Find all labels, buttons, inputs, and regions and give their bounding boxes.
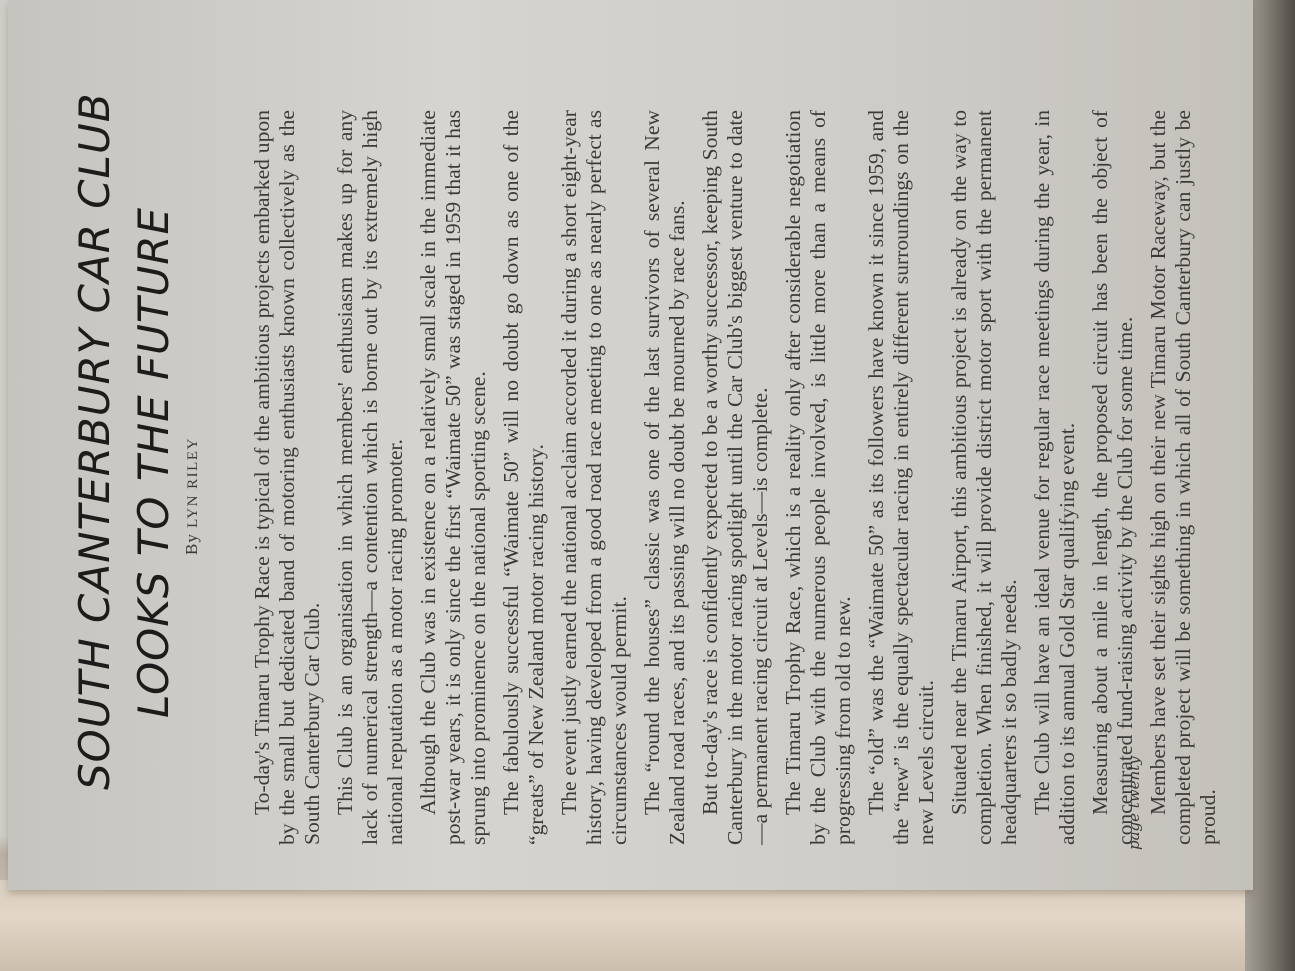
paragraph: The Club will have an ideal venue for re… bbox=[1030, 110, 1080, 845]
page-number: page twenty bbox=[1125, 756, 1143, 850]
title-line-1: SOUTH CANTERBURY CAR CLUB bbox=[70, 30, 119, 790]
paragraph: The event justly earned the national acc… bbox=[557, 110, 632, 845]
title-line-2: LOOKS TO THE FUTURE bbox=[129, 30, 178, 718]
paragraph: Members have set their sights high on th… bbox=[1146, 110, 1221, 845]
title-line-2-part-c: FUTURE bbox=[129, 207, 178, 380]
paragraph: To-day's Timaru Trophy Race is typical o… bbox=[250, 110, 325, 845]
article-title: SOUTH CANTERBURY CAR CLUB LOOKS TO THE F… bbox=[70, 30, 178, 790]
byline-prefix: By bbox=[182, 533, 201, 555]
title-line-2-part-a: LOOKS TO bbox=[129, 496, 178, 719]
byline: By LYN RILEY bbox=[182, 437, 202, 555]
byline-author: LYN RILEY bbox=[185, 437, 201, 528]
paragraph: The fabulously successful “Waimate 50” w… bbox=[499, 110, 549, 845]
paragraph: Situated near the Timaru Airport, this a… bbox=[947, 110, 1022, 845]
paragraph: The “old” was the “Waimate 50” as its fo… bbox=[864, 110, 939, 845]
paragraph: But to-day's race is confidently expecte… bbox=[698, 110, 773, 845]
paragraph: The Timaru Trophy Race, which is a reali… bbox=[781, 110, 856, 845]
paragraph: Measuring about a mile in length, the pr… bbox=[1088, 110, 1138, 845]
document-page: SOUTH CANTERBURY CAR CLUB LOOKS TO THE F… bbox=[10, 5, 1250, 885]
paragraph: The “round the houses” classic was one o… bbox=[640, 110, 690, 845]
page-stack-edge bbox=[0, 880, 1295, 971]
article-body: To-day's Timaru Trophy Race is typical o… bbox=[250, 110, 1229, 845]
paragraph: This Club is an organisation in which me… bbox=[333, 110, 408, 845]
paragraph: Although the Club was in existence on a … bbox=[416, 110, 491, 845]
title-line-2-part-b: THE bbox=[129, 394, 178, 481]
